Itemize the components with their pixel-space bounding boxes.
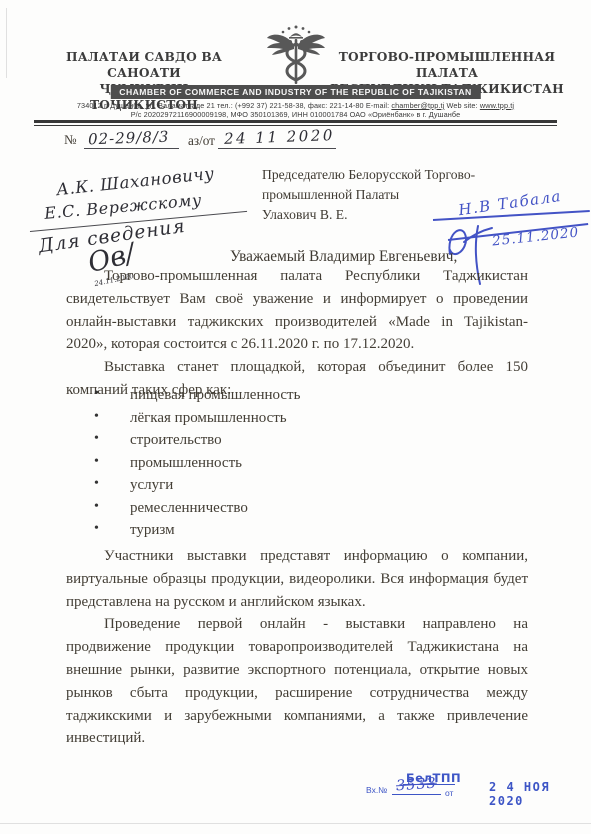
ref-date-underline [218,148,336,149]
address-part2: Web site: [444,101,479,110]
stamp-in-label: Вх.№ [366,785,387,795]
ref-date-value: 24 11 2020 [224,126,335,148]
stamp-number-underline [392,794,441,795]
paragraph-1: Торгово-промышленная палата Республики Т… [66,265,528,356]
caduceus-icon [264,24,328,86]
divider-thick [34,120,557,123]
body-block-1: Торгово-промышленная палата Республики Т… [66,265,528,402]
scan-edge-bottom [0,823,591,824]
ref-date-label: аз/от [188,133,215,149]
address-line-1: 734012 г. Душанбе, ул. Валаматзаде 21 те… [0,101,591,110]
list-item-label: строительство [130,432,222,448]
ref-number-value: 02-29/8/3 [88,128,170,149]
list-item: •услуги [66,477,528,500]
list-item-label: услуги [130,477,173,493]
bullet-icon: • [94,476,99,492]
ref-number-underline [84,148,179,149]
salutation: Уважаемый Владимир Евгеньевич, [230,248,457,266]
date-stamp: 2 4 НОЯ 2020 [489,780,591,808]
list-item-label: промышленность [130,455,242,471]
industries-bullet-list: •пищевая промышленность •лёгкая промышле… [66,387,528,545]
scan-edge-left [6,8,7,78]
document-page: ПАЛАТАИ САВДО ВА САНОАТИ ҶУМҲУРИИ ТОҶИКИ… [0,0,591,834]
letterhead-banner: CHAMBER OF COMMERCE AND INDUSTRY OF THE … [110,85,480,99]
bullet-icon: • [94,409,99,425]
list-item-label: ремесленничество [130,500,248,516]
list-item: •ремесленничество [66,500,528,523]
list-item-label: пищевая промышленность [130,387,300,403]
bullet-icon: • [94,454,99,470]
divider-thin [34,125,557,126]
stamp-entry-number: 3533 [395,776,437,795]
list-item-label: туризм [130,522,175,538]
stamp-from-label: от [445,788,453,798]
body-block-2: Участники выставки представят информацию… [66,545,528,750]
address-part1: 734012 г. Душанбе, ул. Валаматзаде 21 те… [77,101,391,110]
list-item: •строительство [66,432,528,455]
annotation-received-date: 25.11.2020 [491,224,579,249]
org-name-tajik-line1: ПАЛАТАИ САВДО ВА САНОАТИ [46,49,242,81]
list-item: •промышленность [66,455,528,478]
list-item-label: лёгкая промышленность [130,410,287,426]
email-address: chamber@tpp.tj [391,101,444,110]
list-item: •пищевая промышленность [66,387,528,410]
paragraph-4: Проведение первой онлайн - выставки напр… [66,613,528,750]
website-address: www.tpp.tj [480,101,514,110]
address-line-2: Р/с 20202972116900009198, МФО 350101369,… [0,110,591,119]
bullet-icon: • [94,499,99,515]
list-item: •туризм [66,522,528,545]
paragraph-3: Участники выставки представят информацию… [66,545,528,613]
org-name-russian-line1: ТОРГОВО-ПРОМЫШЛЕННАЯ ПАЛАТА [323,49,571,81]
ref-number-label: № [64,132,77,148]
bullet-icon: • [94,386,99,402]
bullet-icon: • [94,431,99,447]
list-item: •лёгкая промышленность [66,410,528,433]
recipient-line1: Председателю Белорусской Торгово- [262,165,512,185]
bullet-icon: • [94,521,99,537]
